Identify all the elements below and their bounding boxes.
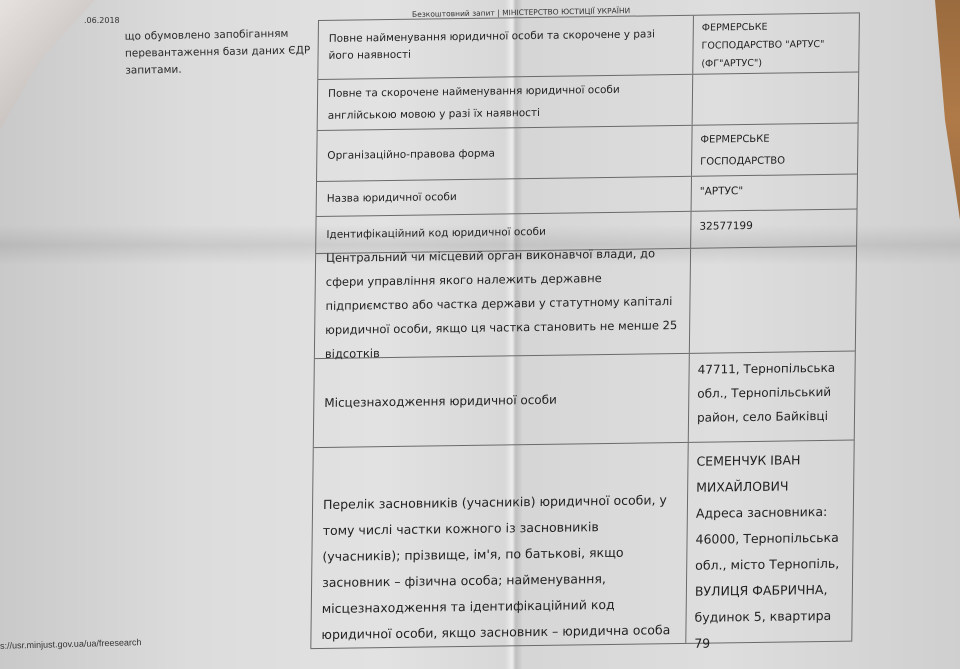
paper-sheet: .06.2018 Безкоштовний запит | МІНІСТЕРСТ… bbox=[0, 0, 960, 669]
table-row: Місцезнаходження юридичної особи 47711, … bbox=[313, 352, 856, 449]
row-value bbox=[690, 246, 857, 352]
table-row: Організаційно-правова форма ФЕРМЕРСЬКЕ Г… bbox=[316, 123, 859, 182]
row-value: СЕМЕНЧУК ІВАН МИХАЙЛОВИЧ Адреса засновни… bbox=[686, 441, 854, 643]
row-value: ФЕРМЕРСЬКЕ ГОСПОДАРСТВО bbox=[692, 123, 859, 175]
row-label: Організаційно-правова форма bbox=[316, 126, 693, 181]
table-row: Центральний чи місцевий орган виконавчої… bbox=[314, 246, 857, 359]
table-row: Перелік засновників (учасників) юридично… bbox=[310, 441, 854, 650]
footer-url: s://usr.minjust.gov.ua/ua/freesearch bbox=[0, 637, 142, 651]
row-value: "АРТУС" bbox=[692, 174, 858, 210]
row-label: Місцезнаходження юридичної особи bbox=[313, 354, 690, 447]
print-date: .06.2018 bbox=[84, 16, 120, 25]
row-label: Центральний чи місцевий орган виконавчої… bbox=[314, 249, 691, 358]
row-label: Повне та скорочене найменування юридично… bbox=[317, 75, 694, 130]
register-extract-table: Повне найменування юридичної особи та ск… bbox=[310, 12, 860, 649]
row-label: Назва юридичної особи bbox=[316, 177, 692, 216]
row-label: Повне найменування юридичної особи та ск… bbox=[317, 16, 694, 79]
row-value bbox=[693, 72, 860, 124]
table-row: Повне та скорочене найменування юридично… bbox=[317, 72, 860, 131]
side-note-text: що обумовлено запобіганням перевантаженн… bbox=[125, 25, 316, 79]
row-label: Перелік засновників (учасників) юридично… bbox=[310, 443, 688, 648]
row-value: ФЕРМЕРСЬКЕ ГОСПОДАРСТВО "АРТУС" (ФГ"АРТУ… bbox=[693, 13, 860, 73]
row-value: 32577199 bbox=[691, 209, 857, 247]
row-value: 47711, Тернопільська обл., Тернопільськи… bbox=[689, 352, 856, 442]
table-row: Повне найменування юридичної особи та ск… bbox=[317, 12, 860, 80]
